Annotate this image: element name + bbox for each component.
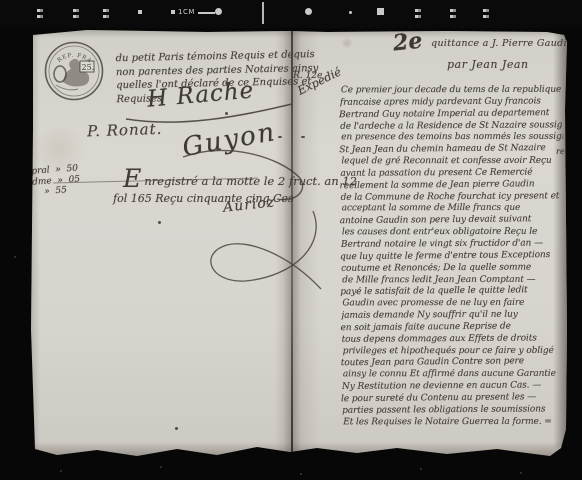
act-body: Ce premier jour decade du tems de la rep… <box>340 84 564 429</box>
margin-account: pral » 50 dme » 05 » 55 <box>31 163 81 198</box>
film-speck <box>14 256 16 258</box>
ink-speck <box>225 112 228 115</box>
calibration-dot-icon <box>349 11 352 14</box>
calibration-square-icon <box>377 8 384 15</box>
manuscript-line: Ce premier jour decade du tems de la rep… <box>341 85 563 97</box>
film-speck <box>60 470 62 472</box>
calibration-dots-icon <box>483 9 486 12</box>
ink-speck <box>301 136 305 138</box>
ink-speck <box>278 136 282 138</box>
manuscript-line: Et les Requises le Notaire Guerrea la fo… <box>343 416 565 428</box>
signature-ronat: P. Ronat. <box>87 120 163 141</box>
manuscript-line: lequel de gré Reconnait et confesse avoi… <box>341 156 563 168</box>
calibration-dots-icon <box>415 9 418 12</box>
microfilm-scale-bar: 1CM <box>0 0 582 28</box>
manuscript-line: le pour sureté du Contenu au present les… <box>341 392 563 406</box>
registration-line: nregistré a la motte le 2 fruct. an 12 <box>141 168 357 188</box>
signature-guyon: Guyon <box>180 117 278 163</box>
frame-mark-icon <box>262 2 264 24</box>
ink-speck <box>175 427 178 430</box>
film-speck <box>520 472 522 474</box>
manuscript-line: ainsy le connu Et affirmé dans aucune Ga… <box>343 369 565 381</box>
manuscript-line: que luy quitte le ferme d'entre tous Exc… <box>340 250 562 264</box>
calibration-dots-icon <box>37 9 40 12</box>
calibration-square-icon <box>138 10 142 14</box>
act-title: quittance a J. Pierre Gaudin <box>431 38 573 49</box>
manuscript-line: en soit jamais faite aucune Reprise de <box>340 321 562 335</box>
signature-loop-flourish <box>197 205 327 303</box>
manuscript-page-spread: 25. REP. FRA. du petit Paris témoins Req… <box>27 29 569 457</box>
manuscript-line: tous depens dommages aux Effets de droit… <box>342 333 564 346</box>
film-speck <box>420 468 422 470</box>
microfilm-scan: { "scale_bar": { "label": "1CM" }, "left… <box>0 0 582 480</box>
manuscript-line: parties passent les obligations le soumi… <box>342 404 564 417</box>
film-speck <box>160 466 162 468</box>
manuscript-line: Bertrand Guy notaire Imperial au departe… <box>339 108 561 122</box>
registration-initial: E <box>123 168 141 190</box>
scale-label: 1CM <box>178 8 195 16</box>
act-subtitle: par Jean Jean <box>447 58 528 71</box>
calibration-square-icon <box>171 10 175 14</box>
calibration-dots-icon <box>450 9 453 12</box>
scale-dash-icon <box>198 12 215 14</box>
revenue-stamp-icon: 25. REP. FRA. <box>43 40 105 102</box>
account-row: » 55 <box>32 184 81 198</box>
act-number: 2e <box>392 28 424 57</box>
manuscript-line: Gaudin avec promesse de ne luy en faire <box>342 298 564 310</box>
calibration-circle-icon <box>305 8 312 15</box>
calibration-dots-icon <box>103 9 106 12</box>
margin-catchword: re <box>556 147 565 156</box>
calibration-circle-icon <box>215 8 222 15</box>
manuscript-line: les causes dont entr'eux obligatoire Reç… <box>342 227 564 239</box>
calibration-dots-icon <box>73 9 76 12</box>
manuscript-line: reellement la somme de Jean pierre Gaudi… <box>339 179 561 193</box>
manuscript-line: coutume et Renoncés; De la quelle somme <box>341 262 563 275</box>
film-speck <box>300 473 302 475</box>
ink-speck <box>158 221 161 224</box>
